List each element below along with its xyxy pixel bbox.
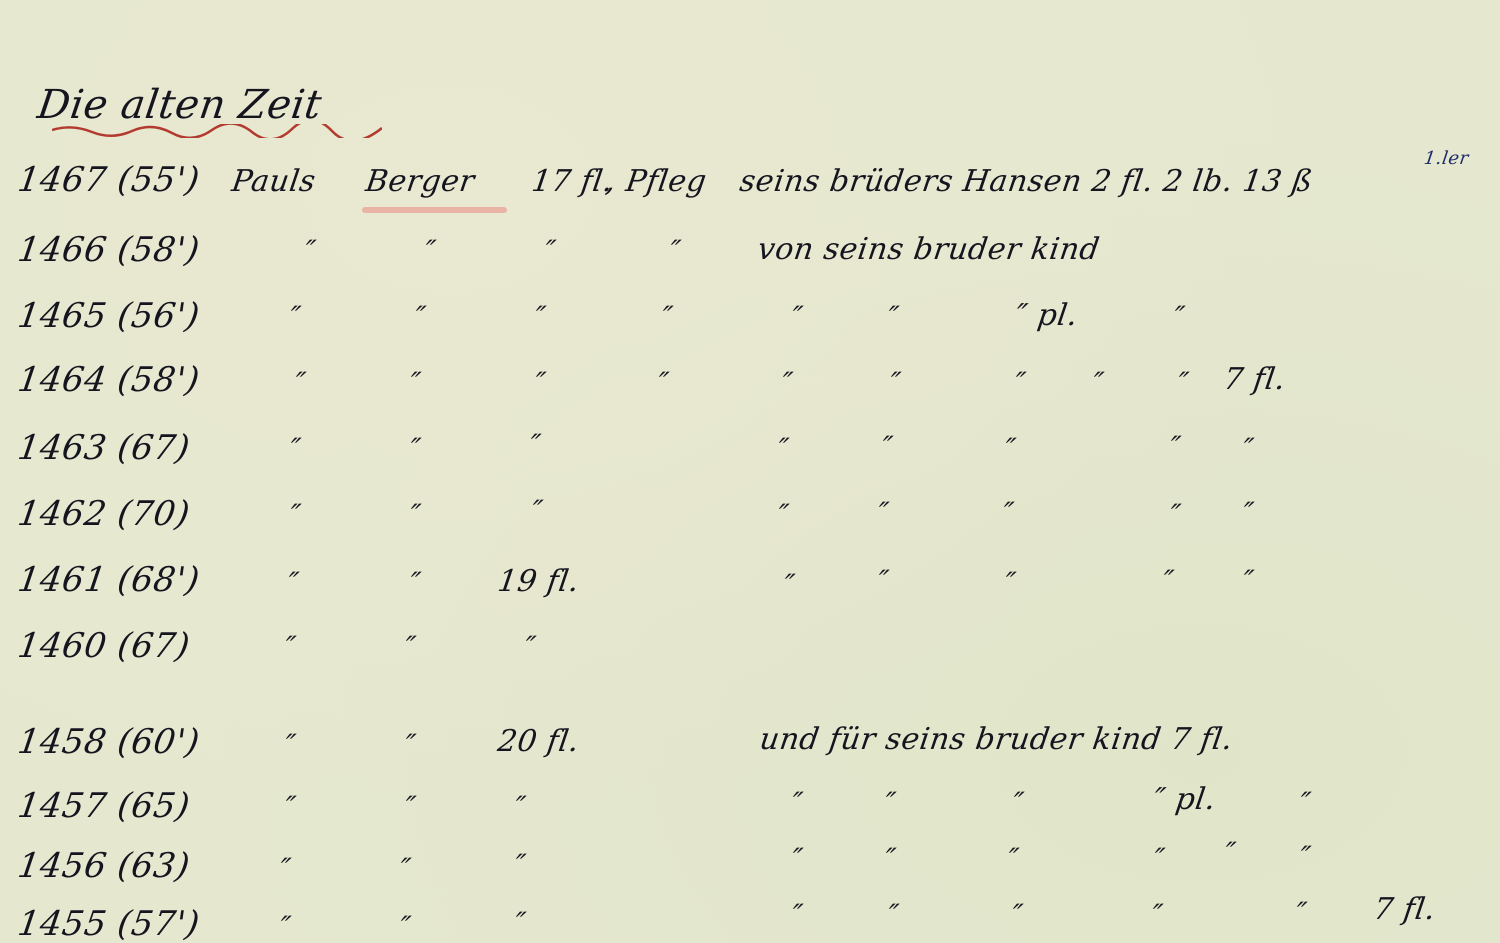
ditto-mark: ″ <box>790 898 806 931</box>
ditto-mark: ″ <box>790 786 806 819</box>
ditto-mark: ″ <box>543 234 559 267</box>
ditto-mark: ″ <box>408 566 424 599</box>
ditto-mark: ″ <box>1001 496 1017 529</box>
ditto-mark: ″ <box>408 366 424 399</box>
name-highlight <box>362 207 507 213</box>
cell: ″ pl. <box>1014 298 1080 333</box>
ditto-mark: ″ <box>283 728 299 761</box>
row-year: 1461 (68') <box>15 560 202 600</box>
ditto-mark: ″ <box>1298 840 1314 873</box>
ditto-mark: ″ <box>1010 898 1026 931</box>
cell: 7 fl. <box>1222 362 1288 397</box>
ditto-mark: ″ <box>533 366 549 399</box>
cell: seins brüders Hansen 2 fl. 2 lb. 13 ß <box>738 164 1316 199</box>
ditto-mark: ″ <box>883 842 899 875</box>
ditto-mark: ″ <box>1241 564 1257 597</box>
cell: ″ pl. <box>1152 782 1218 817</box>
row-year: 1463 (67) <box>15 428 192 468</box>
row-year: 1456 (63) <box>15 846 192 886</box>
ditto-mark: ″ <box>1091 366 1107 399</box>
ditto-mark: ″ <box>888 366 904 399</box>
handwritten-page: Die alten Zeit 1.ler 1467 (55') Pauls Be… <box>0 0 1500 943</box>
row-year: 1458 (60') <box>15 722 202 762</box>
ditto-mark: ″ <box>288 300 304 333</box>
cell: 17 fl. <box>530 164 616 199</box>
ditto-mark: ″ <box>513 848 529 881</box>
ditto-mark: ″ <box>883 786 899 819</box>
ditto-mark: ″ <box>293 366 309 399</box>
ditto-mark: ″ <box>398 910 414 943</box>
ditto-mark: ″ <box>523 630 539 663</box>
cell: von seins bruder kind <box>756 232 1102 267</box>
ditto-mark: ″ <box>1241 496 1257 529</box>
cell: und für seins bruder kind 7 fl. <box>758 722 1235 757</box>
margin-note: 1.ler <box>1423 148 1471 169</box>
ditto-mark: ″ <box>1298 786 1314 819</box>
ditto-mark: ″ <box>876 496 892 529</box>
ditto-mark: ″ <box>408 432 424 465</box>
row-year: 1462 (70) <box>15 494 192 534</box>
ditto-mark: ″ <box>413 300 429 333</box>
ditto-mark: ″ <box>1172 300 1188 333</box>
row-year: 1455 (57') <box>15 904 202 943</box>
cell: 20 fl. <box>496 724 582 759</box>
cell: 7 fl. <box>1372 892 1438 927</box>
ditto-mark: ″ <box>533 300 549 333</box>
ditto-mark: ″ <box>288 432 304 465</box>
ditto-mark: ″ <box>423 234 439 267</box>
ditto-mark: ″ <box>403 630 419 663</box>
ditto-mark: ″ <box>656 366 672 399</box>
cell: Pauls <box>230 164 318 199</box>
ditto-mark: ″ <box>776 498 792 531</box>
ditto-mark: ″ <box>886 300 902 333</box>
ditto-mark: ″ <box>1241 432 1257 465</box>
ditto-mark: ″ <box>790 300 806 333</box>
ditto-mark: ″ <box>513 790 529 823</box>
ditto-mark: ″ <box>283 630 299 663</box>
ditto-mark: ″ <box>886 898 902 931</box>
ditto-mark: ″ <box>513 906 529 939</box>
ditto-mark: ″ <box>288 498 304 531</box>
ditto-mark: ″ <box>1223 836 1239 869</box>
ditto-mark: ″ <box>408 498 424 531</box>
cell: , Pfleg <box>604 164 709 199</box>
ditto-mark: ″ <box>1003 432 1019 465</box>
ditto-mark: ″ <box>782 568 798 601</box>
cell-highlighted-name: Berger <box>364 164 477 199</box>
ditto-mark: ″ <box>286 566 302 599</box>
ditto-mark: ″ <box>1168 430 1184 463</box>
ditto-mark: ″ <box>1176 366 1192 399</box>
row-year: 1460 (67) <box>15 626 192 666</box>
ditto-mark: ″ <box>660 300 676 333</box>
ditto-mark: ″ <box>403 728 419 761</box>
ditto-mark: ″ <box>780 366 796 399</box>
ditto-mark: ″ <box>668 234 684 267</box>
ditto-mark: ″ <box>1011 786 1027 819</box>
ditto-mark: ″ <box>403 790 419 823</box>
ditto-mark: ″ <box>528 428 544 461</box>
ditto-mark: ″ <box>1150 898 1166 931</box>
ditto-mark: ″ <box>1006 842 1022 875</box>
row-year: 1457 (65) <box>15 786 192 826</box>
ditto-mark: ″ <box>776 432 792 465</box>
ditto-mark: ″ <box>1013 366 1029 399</box>
title-wavy-underline <box>52 124 382 138</box>
ditto-mark: ″ <box>876 564 892 597</box>
ditto-mark: ″ <box>1161 564 1177 597</box>
cell: 19 fl. <box>496 564 582 599</box>
row-year: 1465 (56') <box>15 296 202 336</box>
ditto-mark: ″ <box>283 790 299 823</box>
ditto-mark: ″ <box>1168 498 1184 531</box>
ditto-mark: ″ <box>303 234 319 267</box>
row-year: 1467 (55') <box>15 160 202 200</box>
row-year: 1466 (58') <box>15 230 202 270</box>
ditto-mark: ″ <box>1294 896 1310 929</box>
ditto-mark: ″ <box>880 430 896 463</box>
ditto-mark: ″ <box>790 842 806 875</box>
ditto-mark: ″ <box>1152 842 1168 875</box>
ditto-mark: ″ <box>530 494 546 527</box>
ditto-mark: ″ <box>1003 566 1019 599</box>
ditto-mark: ″ <box>278 910 294 943</box>
row-year: 1464 (58') <box>15 360 202 400</box>
ditto-mark: ″ <box>398 852 414 885</box>
page-title: Die alten Zeit <box>35 82 325 128</box>
ditto-mark: ″ <box>278 852 294 885</box>
